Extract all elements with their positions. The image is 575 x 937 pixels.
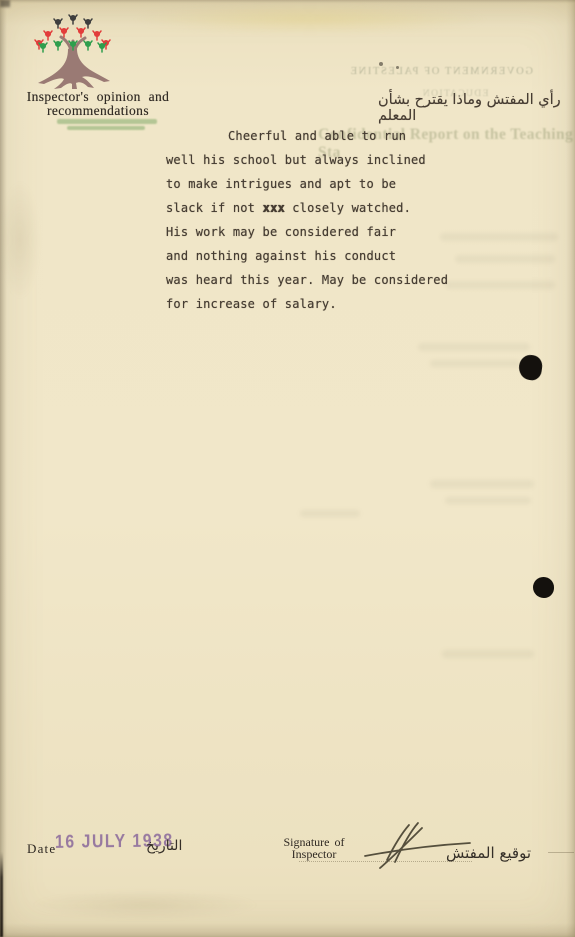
typed-line: to make intrigues and apt to be (166, 172, 466, 196)
typed-line-segment: closely watched. (285, 201, 411, 215)
bleedthrough-smudge (300, 510, 360, 517)
bleedthrough-text: GOVERNMENT OF PALESTINE (348, 66, 534, 77)
signature-label-ar: توقيع المفتش (446, 844, 552, 862)
header-title-en-line1: Inspector's opinion and (16, 90, 180, 104)
typed-line: Cheerful and able to run (166, 124, 466, 148)
signature-label-line2: Inspector (266, 849, 362, 861)
bleedthrough-smudge (418, 343, 530, 351)
signature-line-ar (548, 852, 574, 853)
archive-watermark-line (57, 119, 157, 124)
typed-line: and nothing against his conduct (166, 244, 466, 268)
typed-line: was heard this year. May be considered (166, 268, 466, 292)
date-label-ar: التاريخ (146, 838, 206, 854)
typed-line: His work may be considered fair (166, 220, 466, 244)
typed-line: well his school but always inclined (166, 148, 466, 172)
bleedthrough-smudge (455, 255, 555, 263)
header-title-en-line2: recommendations (16, 104, 180, 118)
typed-line-segment: slack if not (166, 201, 263, 215)
people-tree-emblem-icon (30, 13, 130, 91)
bleedthrough-smudge (445, 497, 531, 504)
hole-punch-bottom (533, 577, 554, 598)
bleedthrough-smudge (430, 360, 520, 367)
header-title-en: Inspector's opinion and recommendations (16, 90, 180, 118)
bleedthrough-smudge (430, 480, 534, 488)
page-corner-shadow (0, 0, 10, 7)
document-page: Inspector's opinion and recommendations … (0, 0, 575, 937)
paper-stain (0, 180, 40, 300)
page-edge-shadow (0, 852, 3, 937)
bleedthrough-text: EDUCATION (393, 89, 517, 99)
typed-line: slack if not xxx closely watched. (166, 196, 466, 220)
archive-watermark-line (67, 126, 145, 130)
paper-stain (30, 890, 260, 920)
signature-label-en: Signature of Inspector (266, 837, 362, 860)
typed-report-text: Cheerful and able to run well his school… (166, 124, 466, 316)
hole-punch-top (517, 354, 543, 382)
paper-stain (130, 4, 490, 34)
typed-overstrike: xxx (263, 201, 285, 215)
date-label-en: Date (27, 841, 56, 857)
typed-line: for increase of salary. (166, 292, 466, 316)
bleedthrough-smudge (442, 650, 534, 658)
